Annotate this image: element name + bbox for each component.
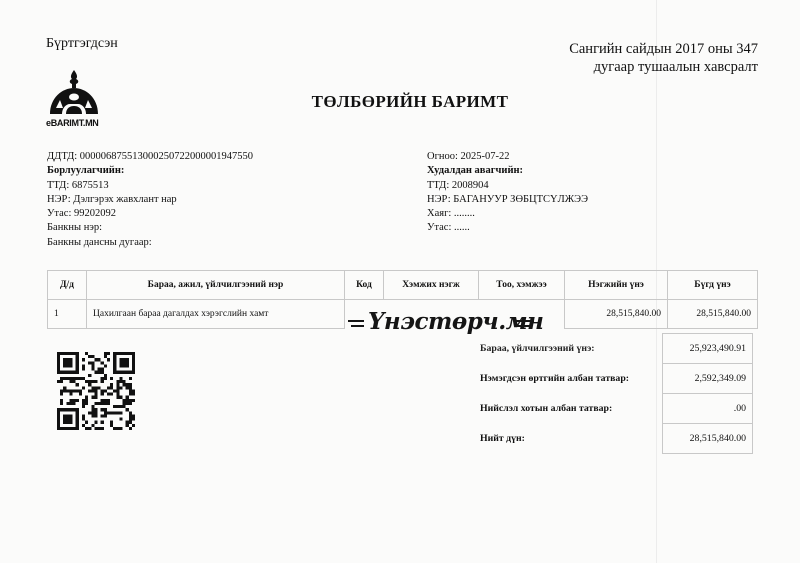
subtotal-value: 25,923,490.91 bbox=[663, 334, 753, 364]
watermark-wing-right bbox=[516, 325, 530, 327]
grand-total-label: Нийт дүн: bbox=[476, 424, 663, 454]
city-tax-label: Нийслэл хотын албан татвар: bbox=[476, 394, 663, 424]
seller-name: НЭР: Дэлгэрэх жавхлант нар bbox=[47, 193, 253, 207]
col-no: Д/д bbox=[48, 271, 87, 300]
vat-label: Нэмэгдсэн өртгийн албан татвар: bbox=[476, 364, 663, 394]
col-unit-price: Нэгжийн үнэ bbox=[565, 271, 668, 300]
vat-value: 2,592,349.09 bbox=[663, 364, 753, 394]
seller-info: ДДТД: 000006875513000250722000001947550 … bbox=[47, 150, 253, 250]
col-code: Код bbox=[345, 271, 384, 300]
table-header-row: Д/д Бараа, ажил, үйлчилгээний нэр Код Хэ… bbox=[48, 271, 758, 300]
seller-phone: Утас: 99202092 bbox=[47, 207, 253, 221]
totals-row: Нийслэл хотын албан татвар: .00 bbox=[476, 394, 753, 424]
buyer-heading: Худалдан авагчийн: bbox=[427, 164, 588, 178]
col-name: Бараа, ажил, үйлчилгээний нэр bbox=[87, 271, 345, 300]
col-unit: Хэмжих нэгж bbox=[384, 271, 479, 300]
annex-line-1: Сангийн сайдын 2017 оны 347 bbox=[569, 40, 758, 58]
qr-code-icon bbox=[57, 352, 135, 430]
seller-bank-account: Банкны дансны дугаар: bbox=[47, 236, 253, 250]
col-qty: Тоо, хэмжээ bbox=[479, 271, 565, 300]
row-total: 28,515,840.00 bbox=[668, 300, 758, 329]
seller-bank-name: Банкны нэр: bbox=[47, 221, 253, 235]
buyer-phone: Утас: ...... bbox=[427, 221, 588, 235]
watermark-logo: Үнэстөрч.мн bbox=[348, 306, 538, 342]
col-total: Бүгд үнэ bbox=[668, 271, 758, 300]
watermark-wing-right bbox=[516, 320, 534, 322]
row-no: 1 bbox=[48, 300, 87, 329]
logo-text: eBARIMT.MN bbox=[46, 118, 99, 128]
watermark-wing-left bbox=[351, 325, 364, 327]
buyer-name: НЭР: БАГАНУУР ЗӨБЦТСҮЛЖЭЭ bbox=[427, 193, 588, 207]
buyer-address: Хаяг: ........ bbox=[427, 207, 588, 221]
buyer-info: Огноо: 2025-07-22 Худалдан авагчийн: ТТД… bbox=[427, 150, 588, 236]
receipt-date: Огноо: 2025-07-22 bbox=[427, 150, 588, 164]
row-name: Цахилгаан бараа дагалдах хэрэгслийн хамт bbox=[87, 300, 345, 329]
registered-label: Бүртгэгдсэн bbox=[46, 36, 118, 52]
totals-row: Нэмэгдсэн өртгийн албан татвар: 2,592,34… bbox=[476, 364, 753, 394]
annex-line-2: дугаар тушаалын хавсралт bbox=[569, 58, 758, 76]
row-unit-price: 28,515,840.00 bbox=[565, 300, 668, 329]
page-title: ТӨЛБӨРИЙН БАРИМТ bbox=[0, 92, 800, 112]
grand-total-value: 28,515,840.00 bbox=[663, 424, 753, 454]
decree-annex-note: Сангийн сайдын 2017 оны 347 дугаар тушаа… bbox=[569, 40, 758, 76]
watermark-wing-left bbox=[348, 320, 364, 322]
seller-heading: Борлуулагчийн: bbox=[47, 164, 253, 178]
totals-row: Нийт дүн: 28,515,840.00 bbox=[476, 424, 753, 454]
ddtd-number: ДДТД: 000006875513000250722000001947550 bbox=[47, 150, 253, 164]
buyer-ttd: ТТД: 2008904 bbox=[427, 179, 588, 193]
city-tax-value: .00 bbox=[663, 394, 753, 424]
totals-table: Бараа, үйлчилгээний үнэ: 25,923,490.91 Н… bbox=[476, 333, 753, 454]
seller-ttd: ТТД: 6875513 bbox=[47, 179, 253, 193]
